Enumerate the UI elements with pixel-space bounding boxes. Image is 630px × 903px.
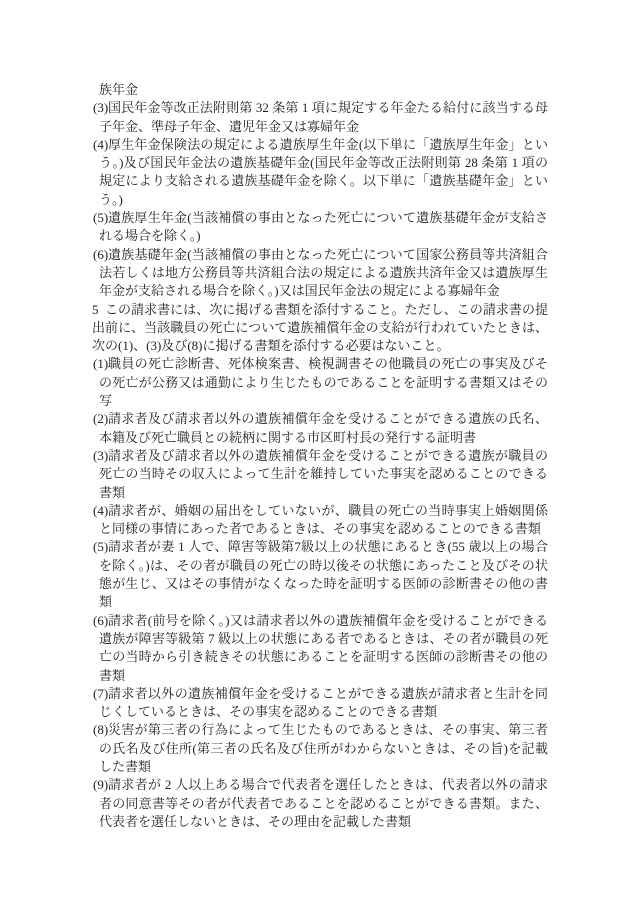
item-number: (6) xyxy=(84,612,108,630)
list-item: (6)請求者(前号を除く。)又は請求者以外の遺族補償年金を受けることができる遺族… xyxy=(0,612,548,685)
list-item: (4)請求者が、婚姻の届出をしていないが、職員の死亡の当時事実上婚姻関係と同様の… xyxy=(0,502,548,539)
item-number: (7) xyxy=(84,685,108,703)
item-text: 族年金 xyxy=(99,82,138,97)
list-item: (7)請求者以外の遺族補償年金を受けることができる遺族が請求者と生計を同じくして… xyxy=(0,685,548,722)
item-number: (1) xyxy=(84,355,108,373)
item-number: (5) xyxy=(84,538,108,556)
continuation-line: 族年金 xyxy=(0,81,548,99)
item-number: (4) xyxy=(84,136,108,154)
item-number: 5 xyxy=(79,301,99,319)
item-text: 災害が第三者の行為によって生じたものであるときは、その事実、第三者の氏名及び住所… xyxy=(99,722,548,774)
item-text: 職員の死亡診断書、死体検案書、検視調書その他職員の死亡の事実及びその死亡が公務又… xyxy=(99,356,548,408)
list-item: (4)厚生年金保険法の規定による遺族厚生年金(以下単に「遺族厚生年金」という。)… xyxy=(0,136,548,209)
item-number: (8) xyxy=(84,721,108,739)
item-text: 遺族厚生年金(当該補償の事由となった死亡について遺族基礎年金が支給される場合を除… xyxy=(99,210,548,243)
item-number: (4) xyxy=(84,502,108,520)
item-number: (3) xyxy=(84,447,108,465)
list-item: (5)請求者が妻 1 人で、障害等級第7級以上の状態にあるとき(55 歳以上の場… xyxy=(0,538,548,611)
item-text: 請求者及び請求者以外の遺族補償年金を受けることができる遺族が職員の死亡の当時その… xyxy=(99,448,548,500)
document-body: 族年金(3)国民年金等改正法附則第 32 条第 1 項に規定する年金たる給付に該… xyxy=(0,81,548,831)
item-number: (2) xyxy=(84,410,108,428)
document-page: 族年金(3)国民年金等改正法附則第 32 条第 1 項に規定する年金たる給付に該… xyxy=(0,0,630,903)
list-item: (9)請求者が 2 人以上ある場合で代表者を選任したときは、代表者以外の請求者の… xyxy=(0,776,548,831)
list-item: (8)災害が第三者の行為によって生じたものであるときは、その事実、第三者の氏名及… xyxy=(0,721,548,776)
list-item: (2)請求者及び請求者以外の遺族補償年金を受けることができる遺族の氏名、本籍及び… xyxy=(0,410,548,447)
item-number: (9) xyxy=(84,776,108,794)
list-item: (1)職員の死亡診断書、死体検案書、検視調書その他職員の死亡の事実及びその死亡が… xyxy=(0,355,548,410)
section-item: 5この請求書には、次に掲げる書類を添付すること。ただし、この請求書の提出前に、当… xyxy=(0,301,548,356)
item-number: (5) xyxy=(84,209,108,227)
item-text: 請求者が、婚姻の届出をしていないが、職員の死亡の当時事実上婚姻関係と同様の事情に… xyxy=(99,503,548,536)
list-item: (5)遺族厚生年金(当該補償の事由となった死亡について遺族基礎年金が支給される場… xyxy=(0,209,548,246)
item-text: この請求書には、次に掲げる書類を添付すること。ただし、この請求書の提出前に、当該… xyxy=(92,302,548,354)
list-item: (3)国民年金等改正法附則第 32 条第 1 項に規定する年金たる給付に該当する… xyxy=(0,99,548,136)
item-text: 厚生年金保険法の規定による遺族厚生年金(以下単に「遺族厚生年金」という。)及び国… xyxy=(99,137,548,207)
item-number: (3) xyxy=(84,99,108,117)
item-text: 国民年金等改正法附則第 32 条第 1 項に規定する年金たる給付に該当する母子年… xyxy=(99,100,548,133)
item-text: 請求者以外の遺族補償年金を受けることができる遺族が請求者と生計を同じくしていると… xyxy=(99,686,548,719)
item-text: 請求者が妻 1 人で、障害等級第7級以上の状態にあるとき(55 歳以上の場合を除… xyxy=(99,539,548,609)
item-text: 請求者が 2 人以上ある場合で代表者を選任したときは、代表者以外の請求者の同意書… xyxy=(99,777,548,829)
item-text: 請求者及び請求者以外の遺族補償年金を受けることができる遺族の氏名、本籍及び死亡職… xyxy=(99,411,548,444)
item-text: 請求者(前号を除く。)又は請求者以外の遺族補償年金を受けることができる遺族が障害… xyxy=(99,613,548,683)
item-number: (6) xyxy=(84,246,108,264)
list-item: (3)請求者及び請求者以外の遺族補償年金を受けることができる遺族が職員の死亡の当… xyxy=(0,447,548,502)
item-text: 遺族基礎年金(当該補償の事由となった死亡について国家公務員等共済組合法若しくは地… xyxy=(99,247,548,299)
list-item: (6)遺族基礎年金(当該補償の事由となった死亡について国家公務員等共済組合法若し… xyxy=(0,246,548,301)
